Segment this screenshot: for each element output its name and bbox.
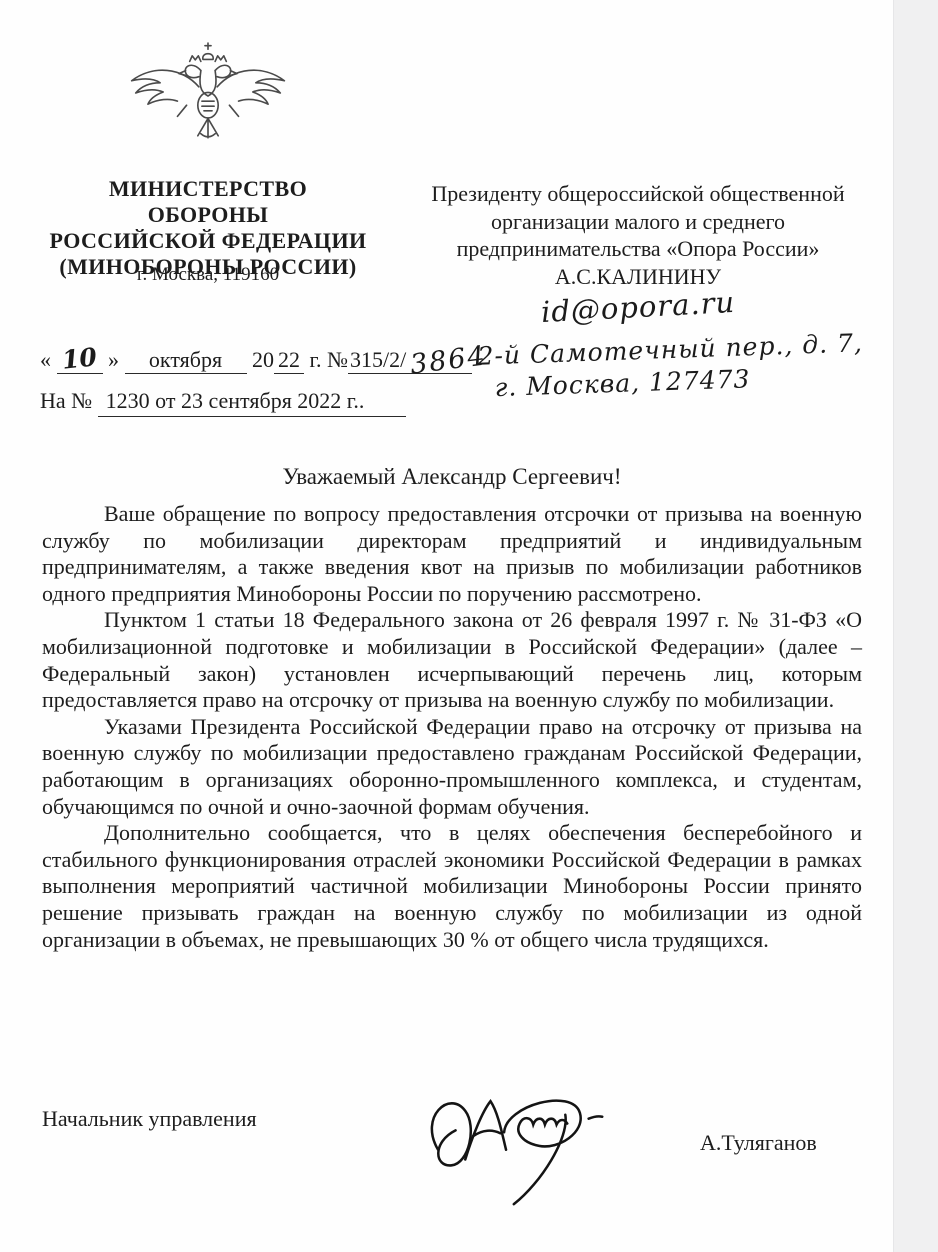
body-paragraph-2: Пунктом 1 статьи 18 Федерального закона … <box>42 607 862 713</box>
body-paragraph-1: Ваше обращение по вопросу предоставления… <box>42 501 862 607</box>
quote-open: « <box>40 347 51 372</box>
letter-page: МИНИСТЕРСТВО ОБОРОНЫ РОССИЙСКОЙ ФЕДЕРАЦИ… <box>0 0 894 1252</box>
quote-close: » <box>108 347 119 372</box>
mod-eagle-emblem-icon <box>124 38 292 150</box>
year-prefix: 20 <box>252 347 274 372</box>
handwritten-address: 2-й Самотечный пер., д. 7, г. Москва, 12… <box>477 327 864 404</box>
ministry-name-line1: МИНИСТЕРСТВО ОБОРОНЫ <box>48 176 368 228</box>
year-field: 22 <box>274 347 304 374</box>
signer-name: А.Туляганов <box>700 1130 817 1156</box>
body-paragraph-4: Дополнительно сообщается, что в целях об… <box>42 820 862 953</box>
scan-edge-background <box>893 0 938 1252</box>
year-unit-number-sign: г. № <box>310 347 349 372</box>
recipient-line3: предпринимательства «Опора России» <box>412 235 864 263</box>
reply-prefix: На № <box>40 388 92 413</box>
ministry-name-line2: РОССИЙСКОЙ ФЕДЕРАЦИИ <box>48 228 368 254</box>
reply-reference-value: 1230 от 23 сентября 2022 г.. <box>98 388 407 417</box>
month-field: октября <box>125 347 247 374</box>
salutation: Уважаемый Александр Сергеевич! <box>42 464 862 490</box>
handwritten-email: id@opora.ru <box>540 289 735 327</box>
handwritten-day: 10 <box>61 342 99 374</box>
recipient-block: Президенту общероссийской общественной о… <box>412 180 864 324</box>
signature-scrawl-icon <box>408 1074 608 1210</box>
body-paragraph-3: Указами Президента Российской Федерации … <box>42 714 862 820</box>
recipient-name: А.С.КАЛИНИНУ <box>412 263 864 291</box>
signer-position: Начальник управления <box>42 1106 257 1132</box>
recipient-line2: организации малого и среднего <box>412 208 864 236</box>
reply-reference-line: На № 1230 от 23 сентября 2022 г.. <box>40 388 406 417</box>
ministry-city-postcode: г. Москва, 119160 <box>48 264 368 286</box>
outgoing-number-typed: 315/2/ <box>350 347 406 372</box>
recipient-line1: Президенту общероссийской общественной <box>412 180 864 208</box>
letter-body: Ваше обращение по вопросу предоставления… <box>42 501 862 953</box>
outgoing-date-number-line: « 10 » октября 2022 г. №315/2/3864 <box>40 344 472 374</box>
